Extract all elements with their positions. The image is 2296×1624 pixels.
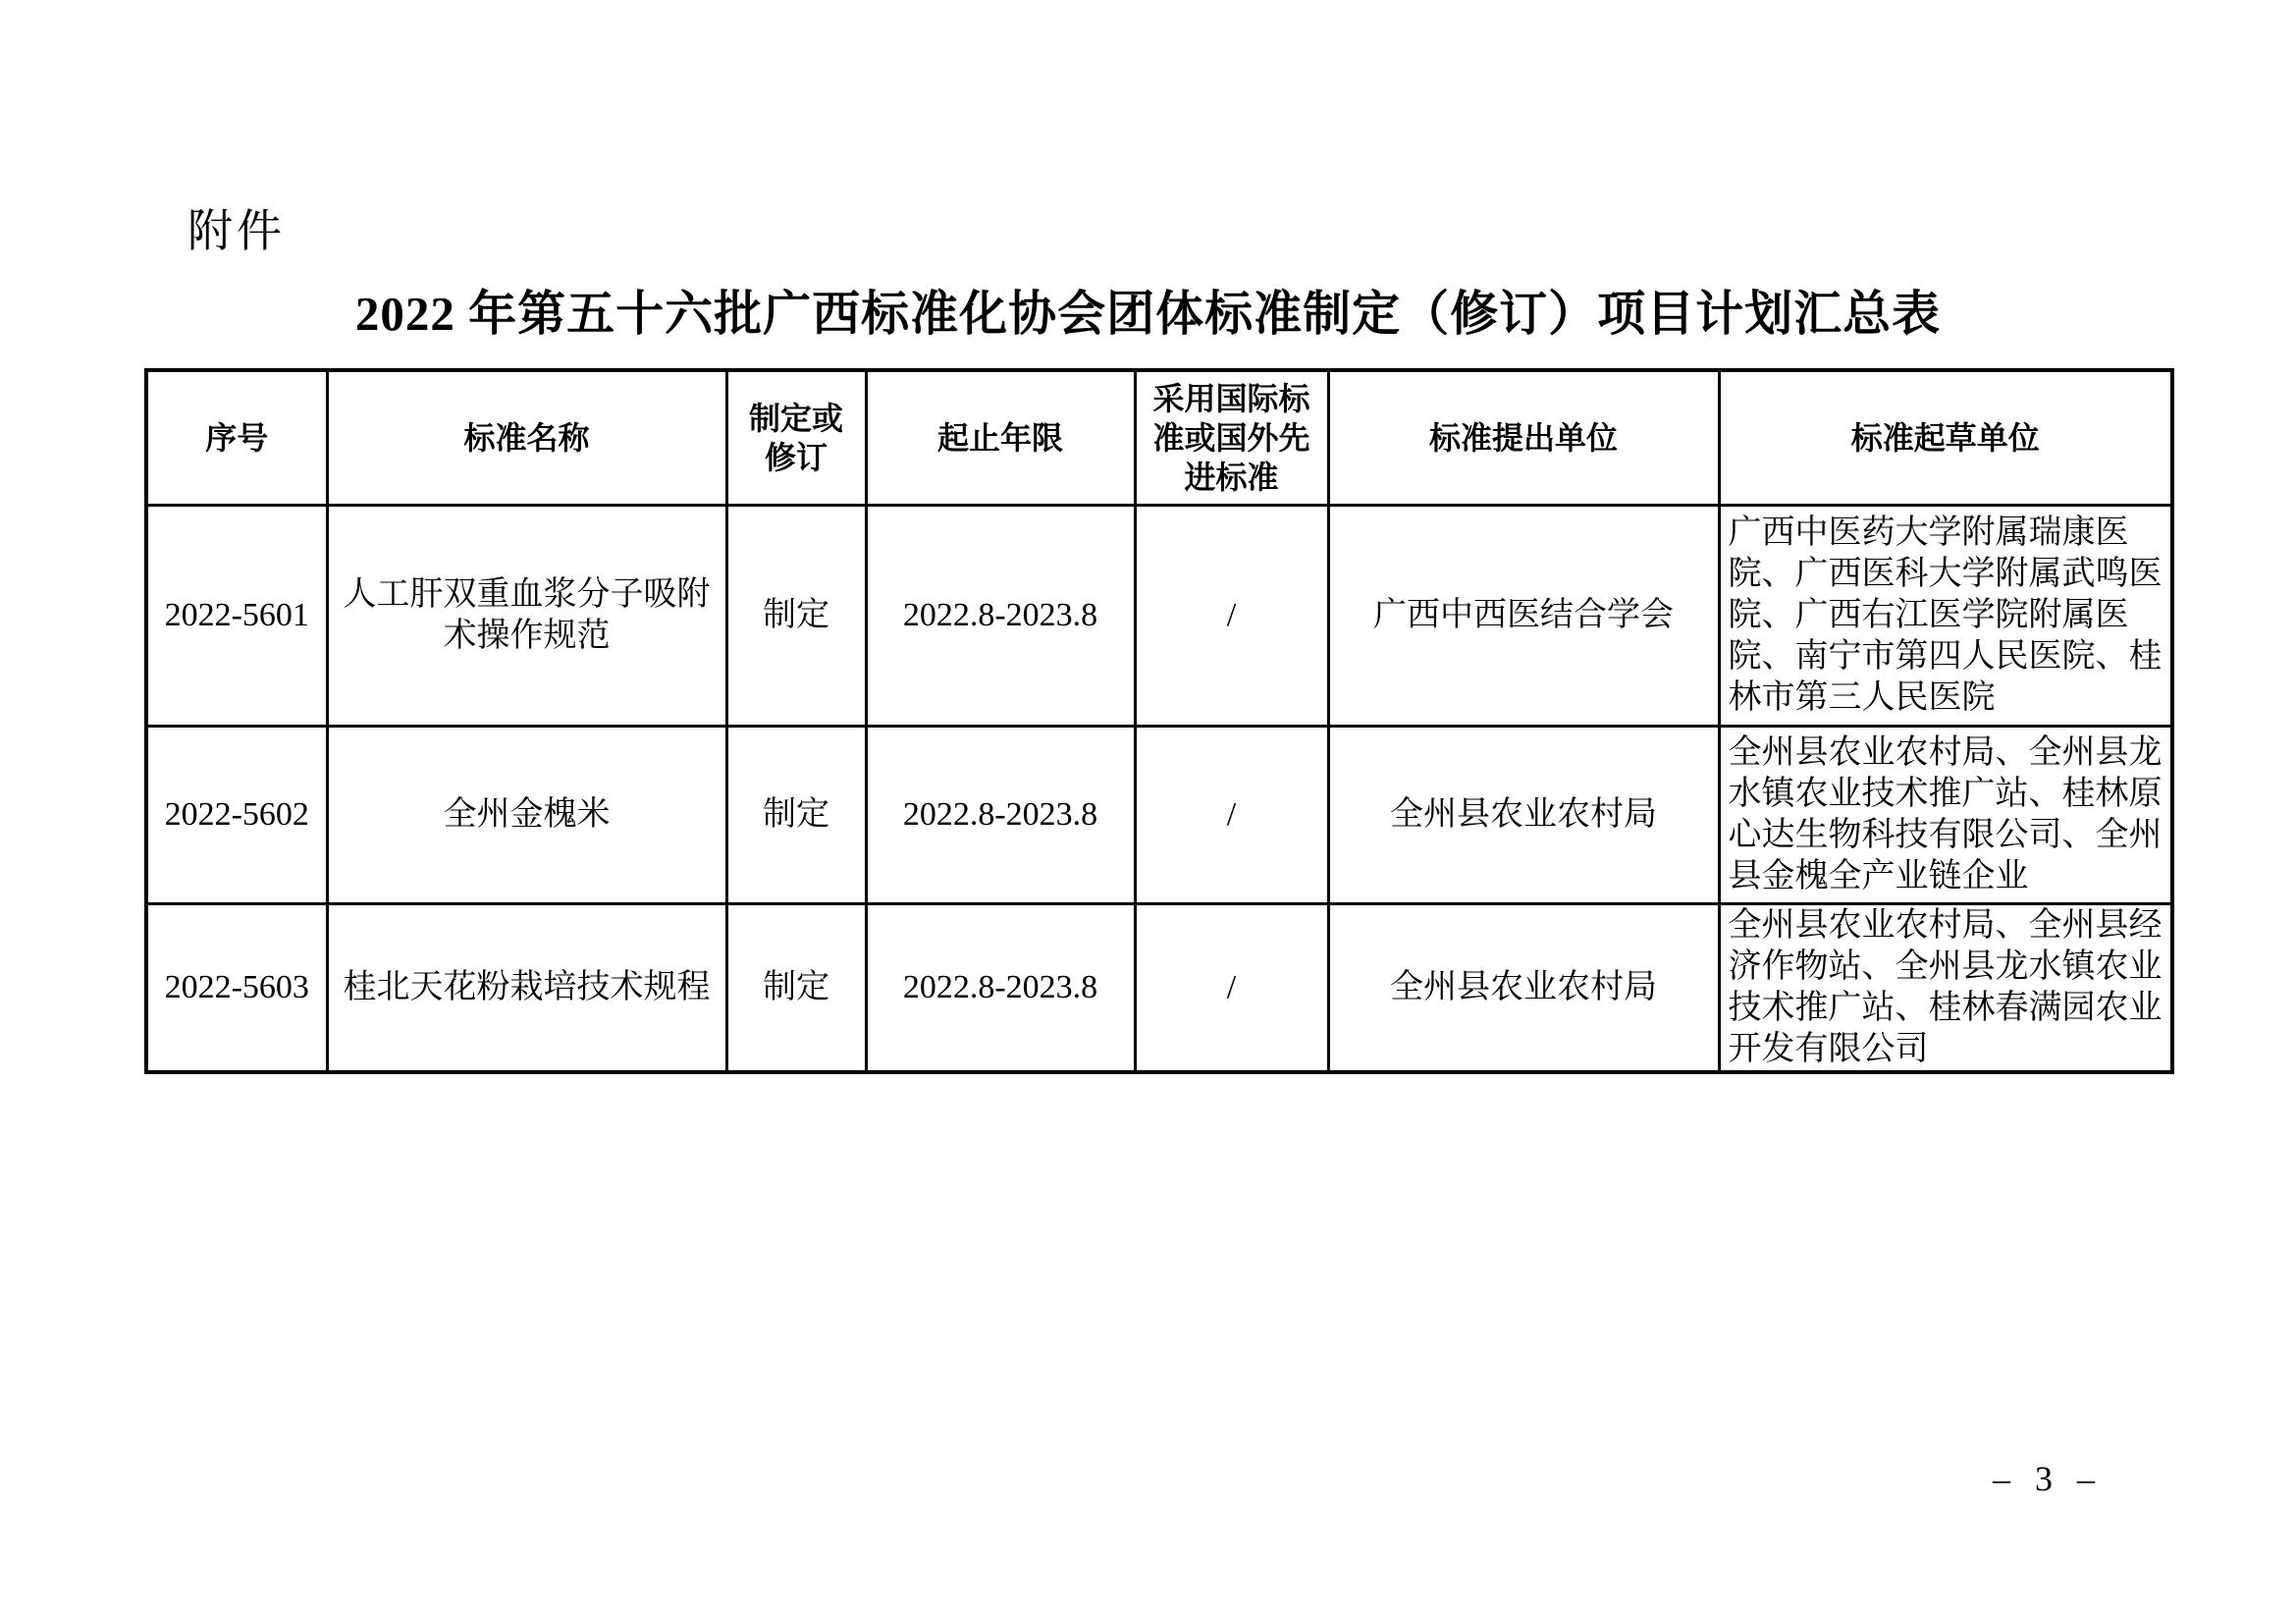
header-drafting-unit: 标准起草单位 bbox=[1719, 370, 2172, 505]
header-formulate-or-revise: 制定或修订 bbox=[726, 370, 866, 505]
page-number: – 3 – bbox=[1993, 1459, 2103, 1498]
cell-international-standard-adoption: / bbox=[1135, 505, 1328, 726]
table-row: 2022-5602 全州金槐米 制定 2022.8-2023.8 / 全州县农业… bbox=[146, 726, 2172, 903]
cell-serial-number: 2022-5601 bbox=[146, 505, 327, 726]
cell-serial-number: 2022-5603 bbox=[146, 903, 327, 1072]
standards-plan-table: 序号 标准名称 制定或修订 起止年限 采用国际标准或国外先进标准 标准提出单位 … bbox=[144, 368, 2174, 1074]
cell-international-standard-adoption: / bbox=[1135, 726, 1328, 903]
table-header-row: 序号 标准名称 制定或修订 起止年限 采用国际标准或国外先进标准 标准提出单位 … bbox=[146, 370, 2172, 505]
cell-formulate-or-revise: 制定 bbox=[726, 903, 866, 1072]
header-standard-name: 标准名称 bbox=[327, 370, 726, 505]
cell-start-end-period: 2022.8-2023.8 bbox=[866, 903, 1135, 1072]
header-international-standard-adoption: 采用国际标准或国外先进标准 bbox=[1135, 370, 1328, 505]
cell-drafting-unit: 全州县农业农村局、全州县经济作物站、全州县龙水镇农业技术推广站、桂林春满园农业开… bbox=[1719, 903, 2172, 1072]
cell-standard-name: 桂北天花粉栽培技术规程 bbox=[327, 903, 726, 1072]
cell-start-end-period: 2022.8-2023.8 bbox=[866, 726, 1135, 903]
cell-proposing-unit: 广西中西医结合学会 bbox=[1328, 505, 1719, 726]
cell-standard-name: 全州金槐米 bbox=[327, 726, 726, 903]
cell-proposing-unit: 全州县农业农村局 bbox=[1328, 726, 1719, 903]
table-row: 2022-5603 桂北天花粉栽培技术规程 制定 2022.8-2023.8 /… bbox=[146, 903, 2172, 1072]
cell-start-end-period: 2022.8-2023.8 bbox=[866, 505, 1135, 726]
cell-formulate-or-revise: 制定 bbox=[726, 505, 866, 726]
table-row: 2022-5601 人工肝双重血浆分子吸附术操作规范 制定 2022.8-202… bbox=[146, 505, 2172, 726]
document-title: 2022 年第五十六批广西标准化协会团体标准制定（修订）项目计划汇总表 bbox=[0, 286, 2296, 343]
cell-standard-name: 人工肝双重血浆分子吸附术操作规范 bbox=[327, 505, 726, 726]
document-page: 附件 2022 年第五十六批广西标准化协会团体标准制定（修订）项目计划汇总表 序… bbox=[0, 0, 2296, 1624]
attachment-label: 附件 bbox=[187, 206, 286, 257]
header-start-end-period: 起止年限 bbox=[866, 370, 1135, 505]
cell-proposing-unit: 全州县农业农村局 bbox=[1328, 903, 1719, 1072]
header-serial-number: 序号 bbox=[146, 370, 327, 505]
header-proposing-unit: 标准提出单位 bbox=[1328, 370, 1719, 505]
cell-international-standard-adoption: / bbox=[1135, 903, 1328, 1072]
cell-drafting-unit: 广西中医药大学附属瑞康医院、广西医科大学附属武鸣医院、广西右江医学院附属医院、南… bbox=[1719, 505, 2172, 726]
cell-serial-number: 2022-5602 bbox=[146, 726, 327, 903]
cell-formulate-or-revise: 制定 bbox=[726, 726, 866, 903]
cell-drafting-unit: 全州县农业农村局、全州县龙水镇农业技术推广站、桂林原心达生物科技有限公司、全州县… bbox=[1719, 726, 2172, 903]
